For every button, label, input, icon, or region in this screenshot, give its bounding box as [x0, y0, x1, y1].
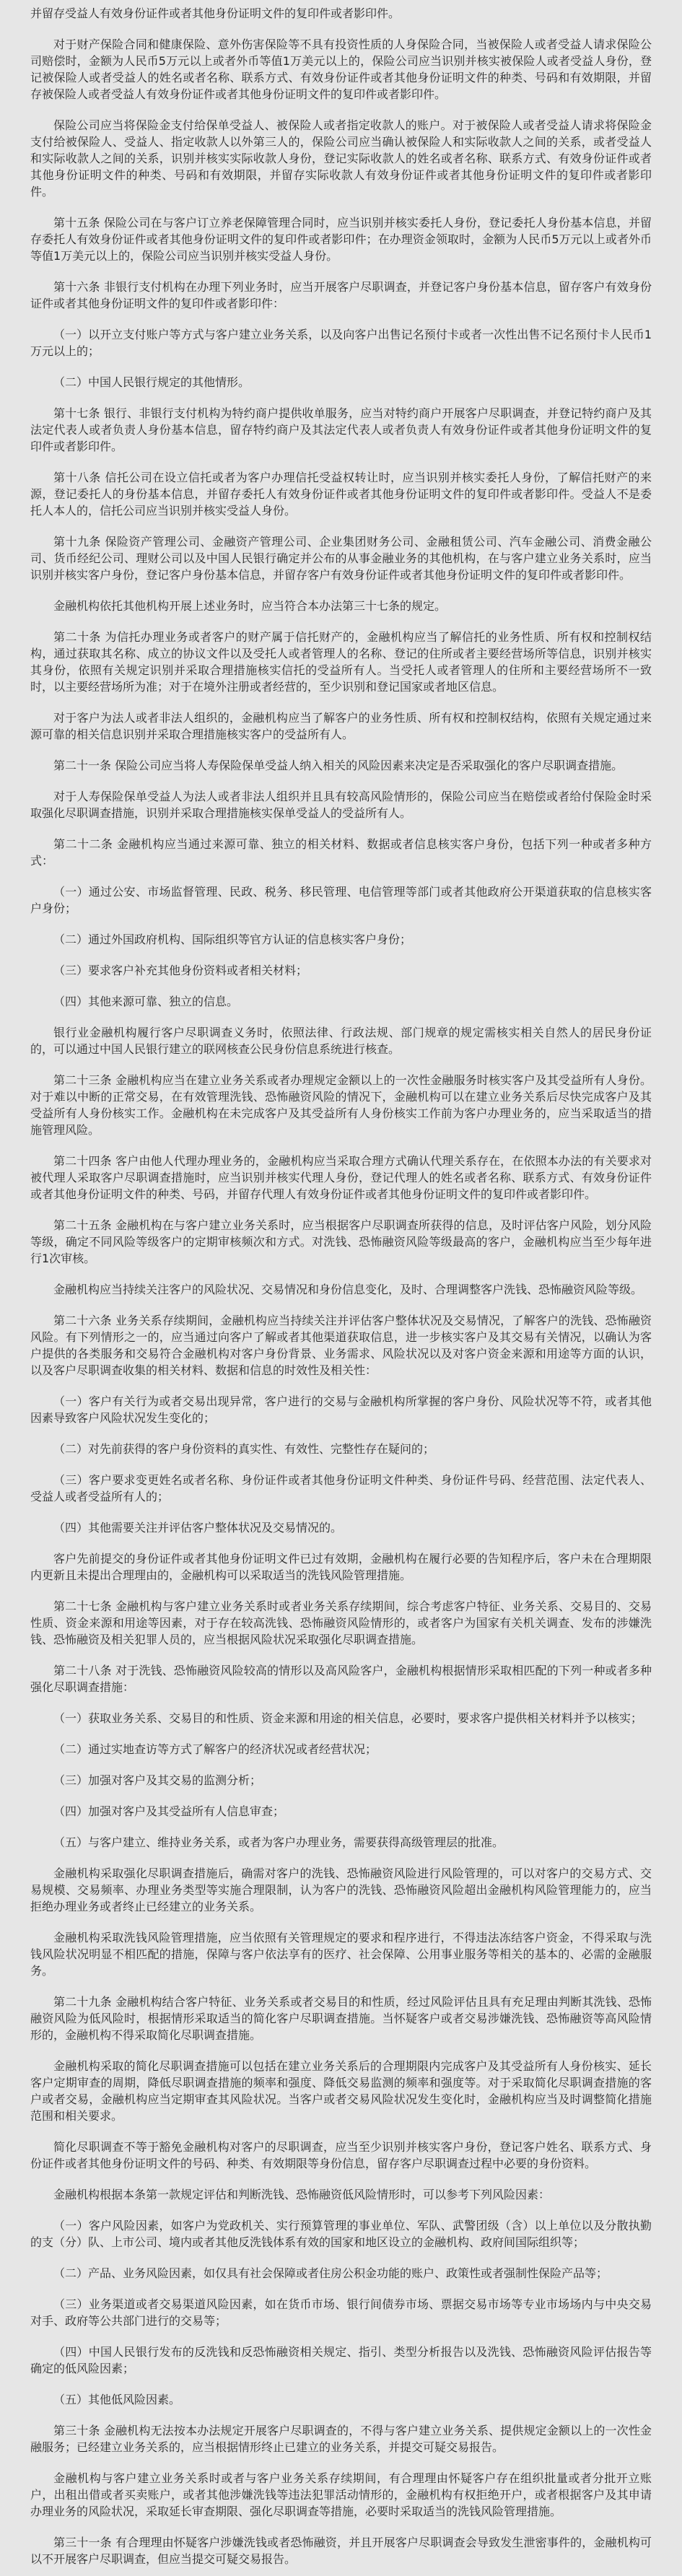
- article-29: 第二十九条 金融机构结合客户特征、业务关系或者交易目的和性质，经过风险评估且具有…: [30, 1994, 652, 2043]
- article-22-item-2: （二）通过外国政府机构、国际组织等官方认证的信息核实客户身份；: [30, 931, 652, 948]
- article-26: 第二十六条 业务关系存续期间，金融机构应当持续关注并评估客户整体状况及交易情况，…: [30, 1312, 652, 1379]
- article-26-item-3: （三）客户要求变更姓名或者名称、身份证件或者其他身份证明文件种类、身份证件号码、…: [30, 1472, 652, 1505]
- regulation-document: 并留存受益人有效身份证件或者其他身份证明文件的复印件或者影印件。对于财产保险合同…: [0, 0, 682, 2576]
- paragraph: 客户先前提交的身份证件或者其他身份证明文件已过有效期，金融机构在履行必要的告知程…: [30, 1550, 652, 1584]
- article-29-item-4: （四）中国人民银行发布的反洗钱和反恐怖融资相关规定、指引、类型分析报告以及洗钱、…: [30, 2344, 652, 2377]
- paragraph: 金融机构采取强化尽职调查措施后，确需对客户的洗钱、恐怖融资风险进行风险管理的，可…: [30, 1865, 652, 1915]
- article-21: 第二十一条 保险公司应当将人寿保险保单受益人纳入相关的风险因素来决定是否采取强化…: [30, 757, 652, 774]
- article-26-item-4: （四）其他需要关注并评估客户整体状况及交易情况的。: [30, 1519, 652, 1536]
- article-28-item-1: （一）获取业务关系、交易目的和性质、资金来源和用途的相关信息，必要时，要求客户提…: [30, 1710, 652, 1726]
- article-29-item-1: （一）客户风险因素，如客户为党政机关、实行预算管理的事业单位、军队、武警团级（含…: [30, 2217, 652, 2250]
- article-22-item-3: （三）要求客户补充其他身份资料或者相关材料；: [30, 962, 652, 979]
- continuation-paragraph: 并留存受益人有效身份证件或者其他身份证明文件的复印件或者影印件。: [30, 5, 652, 22]
- paragraph: 简化尽职调查不等于豁免金融机构对客户的尽职调查，应当至少识别并核实客户身份，登记…: [30, 2139, 652, 2172]
- article-16: 第十六条 非银行支付机构在办理下列业务时，应当开展客户尽职调查，并登记客户身份基…: [30, 279, 652, 312]
- paragraph: 银行业金融机构履行客户尽职调查义务时，依照法律、行政法规、部门规章的规定需核实相…: [30, 1024, 652, 1057]
- article-28-item-4: （四）加强对客户及其受益所有人信息审查；: [30, 1803, 652, 1820]
- article-28: 第二十八条 对于洗钱、恐怖融资风险较高的情形以及高风险客户，金融机构根据情形采取…: [30, 1662, 652, 1695]
- article-29-item-3: （三）业务渠道或者交易渠道风险因素，如在货币市场、银行间债券市场、票据交易市场等…: [30, 2296, 652, 2329]
- paragraph: 金融机构与客户建立业务关系时或者与客户业务关系存续期间，有合理理由怀疑客户存在组…: [30, 2470, 652, 2520]
- article-28-item-3: （三）加强对客户及其交易的监测分析；: [30, 1772, 652, 1789]
- paragraph: 金融机构应当持续关注客户的风险状况、交易情况和身份信息变化，及时、合理调整客户洗…: [30, 1281, 652, 1298]
- paragraph: 金融机构采取洗钱风险管理措施，应当依照有关管理规定的要求和程序进行，不得违法冻结…: [30, 1929, 652, 1979]
- paragraph: 对于财产保险合同和健康保险、意外伤害保险等不具有投资性质的人身保险合同，当被保险…: [30, 36, 652, 102]
- article-26-item-1: （一）客户有关行为或者交易出现异常，客户进行的交易与金融机构所掌握的客户身份、风…: [30, 1393, 652, 1426]
- article-29-item-2: （二）产品、业务风险因素，如仅具有社会保障或者住房公积金功能的账户、政策性或者强…: [30, 2265, 652, 2282]
- article-28-item-5: （五）与客户建立、维持业务关系，或者为客户办理业务，需要获得高级管理层的批准。: [30, 1834, 652, 1851]
- article-31: 第三十一条 有合理理由怀疑客户涉嫌洗钱或者恐怖融资，并且开展客户尽职调查会导致发…: [30, 2534, 652, 2567]
- paragraph: 金融机构根据本条第一款规定评估和判断洗钱、恐怖融资低风险情形时，可以参考下列风险…: [30, 2186, 652, 2203]
- article-23: 第二十三条 金融机构应当在建立业务关系或者办理规定金额以上的一次性金融服务时核实…: [30, 1072, 652, 1138]
- article-16-item-1: （一）以开立支付账户等方式与客户建立业务关系，以及向客户出售记名预付卡或者一次性…: [30, 326, 652, 359]
- article-20: 第二十条 为信托办理业务或者客户的财产属于信托财产的，金融机构应当了解信托的业务…: [30, 629, 652, 695]
- article-24: 第二十四条 客户由他人代理办理业务的，金融机构应当采取合理方式确认代理关系存在，…: [30, 1153, 652, 1202]
- article-22-item-4: （四）其他来源可靠、独立的信息。: [30, 993, 652, 1010]
- paragraph: 对于客户为法人或者非法人组织的，金融机构应当了解客户的业务性质、所有权和控制权结…: [30, 710, 652, 743]
- article-22-item-1: （一）通过公安、市场监督管理、民政、税务、移民管理、电信管理等部门或者其他政府公…: [30, 883, 652, 917]
- article-28-item-2: （二）通过实地查访等方式了解客户的经济状况或者经营状况；: [30, 1741, 652, 1758]
- article-19: 第十九条 保险资产管理公司、金融资产管理公司、企业集团财务公司、金融租赁公司、汽…: [30, 533, 652, 583]
- article-18: 第十八条 信托公司在设立信托或者为客户办理信托受益权转让时，应当识别并核实委托人…: [30, 469, 652, 519]
- paragraph: 保险公司应当将保险金支付给保单受益人、被保险人或者指定收款人的账户。对于被保险人…: [30, 117, 652, 200]
- article-27: 第二十七条 金融机构与客户建立业务关系时或者业务关系存续期间，综合考虑客户特征、…: [30, 1598, 652, 1648]
- article-16-item-2: （二）中国人民银行规定的其他情形。: [30, 374, 652, 390]
- paragraph: 对于人寿保险保单受益人为法人或者非法人组织并且具有较高风险情形的，保险公司应当在…: [30, 788, 652, 821]
- document-body: 并留存受益人有效身份证件或者其他身份证明文件的复印件或者影印件。对于财产保险合同…: [30, 5, 652, 2567]
- article-15: 第十五条 保险公司在与客户订立养老保障管理合同时，应当识别并核实委托人身份，登记…: [30, 214, 652, 264]
- article-30: 第三十条 金融机构无法按本办法规定开展客户尽职调查的，不得与客户建立业务关系、提…: [30, 2422, 652, 2455]
- article-17: 第十七条 银行、非银行支付机构为特约商户提供收单服务，应当对特约商户开展客户尽职…: [30, 405, 652, 455]
- article-22: 第二十二条 金融机构应当通过来源可靠、独立的相关材料、数据或者信息核实客户身份，…: [30, 836, 652, 869]
- article-26-item-2: （二）对先前获得的客户身份资料的真实性、有效性、完整性存在疑问的；: [30, 1441, 652, 1457]
- article-25: 第二十五条 金融机构在与客户建立业务关系时，应当根据客户尽职调查所获得的信息，及…: [30, 1217, 652, 1267]
- article-29-item-5: （五）其他低风险因素。: [30, 2391, 652, 2408]
- paragraph: 金融机构采取的简化尽职调查措施可以包括在建立业务关系后的合理期限内完成客户及其受…: [30, 2058, 652, 2124]
- paragraph: 金融机构依托其他机构开展上述业务时，应当符合本办法第三十七条的规定。: [30, 598, 652, 614]
